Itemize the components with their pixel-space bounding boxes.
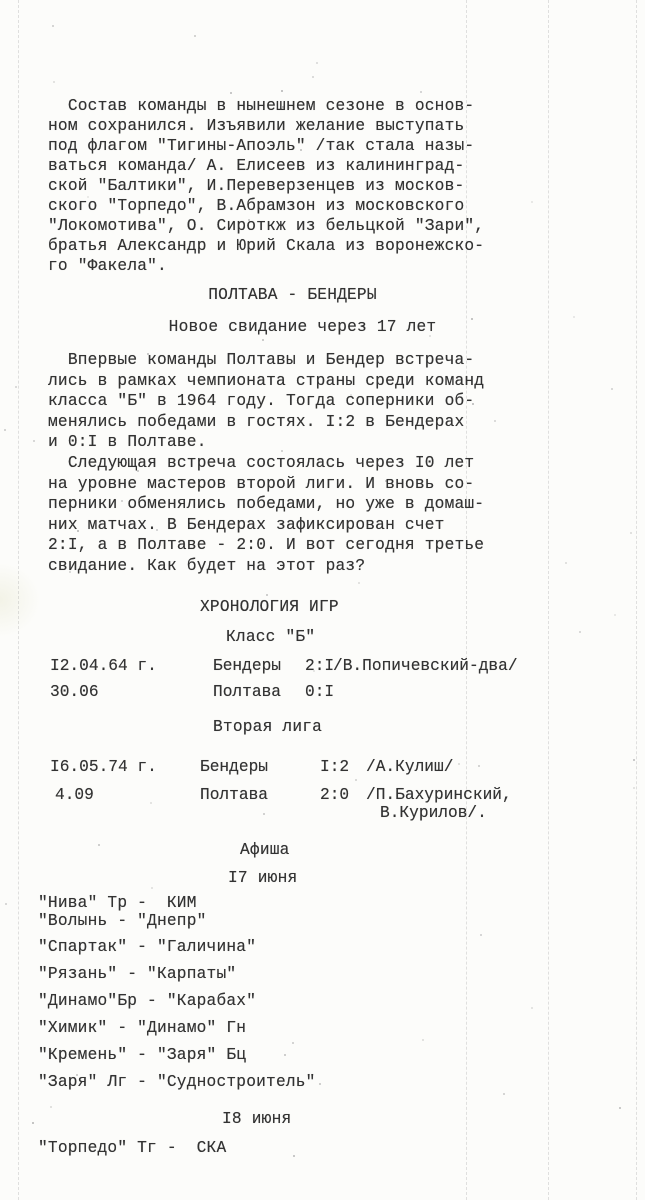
fixture: "Волынь - "Днепр" bbox=[38, 911, 207, 931]
paragraph-line: на уровне мастеров второй лиги. И вновь … bbox=[48, 474, 474, 494]
game-venue: Полтава bbox=[200, 785, 268, 805]
paragraph-line: Состав команды в нынешнем сезоне в основ… bbox=[48, 96, 474, 116]
match-heading: ПОЛТАВА - БЕНДЕРЫ bbox=[0, 285, 615, 305]
poster-day-date: I8 июня bbox=[222, 1109, 291, 1129]
paragraph-line: 2:I, а в Полтаве - 2:0. И вот сегодня тр… bbox=[48, 535, 484, 555]
game-venue: Полтава bbox=[213, 682, 281, 702]
paragraph-line: "Локомотива", О. Сироткж из бельцкой "За… bbox=[48, 216, 484, 236]
game-venue: Бендеры bbox=[200, 757, 268, 777]
paragraph-line: лись в рамках чемпионата страны среди ко… bbox=[48, 371, 484, 391]
fixture: "Нива" Тр - КИМ bbox=[38, 893, 197, 913]
fixture: "Химик" - "Динамо" Гн bbox=[38, 1018, 246, 1038]
paragraph-line: ской "Балтики", И.Переверзенцев из моско… bbox=[48, 176, 464, 196]
game-date: I2.04.64 г. bbox=[50, 656, 157, 676]
paragraph-line: них матчах. В Бендерах зафиксирован счет bbox=[48, 515, 445, 535]
game-score: 0:I bbox=[305, 682, 334, 702]
game-score: 2:I bbox=[305, 656, 334, 676]
fixture: "Торпедо" Тг - СКА bbox=[38, 1138, 226, 1158]
paragraph-line: го "Факела". bbox=[48, 256, 167, 276]
fixture: "Рязань" - "Карпаты" bbox=[38, 964, 236, 984]
document-page: Состав команды в нынешнем сезоне в основ… bbox=[0, 0, 645, 1200]
game-scorers: /П.Бахуринский, bbox=[366, 785, 512, 805]
paragraph-line: ном сохранился. Изъявили желание выступа… bbox=[48, 116, 464, 136]
game-venue: Бендеры bbox=[213, 656, 281, 676]
paragraph-line: ского "Торпедо", В.Абрамзон из московско… bbox=[48, 196, 464, 216]
paragraph-line: класса "Б" в 1964 году. Тогда соперники … bbox=[48, 391, 474, 411]
chronology-section-label: Вторая лига bbox=[213, 717, 322, 737]
margin-guide-line bbox=[636, 0, 637, 1200]
game-score: 2:0 bbox=[320, 785, 349, 805]
poster-day-date: I7 июня bbox=[228, 868, 297, 888]
paragraph-line: перники обменялись победами, но уже в до… bbox=[48, 494, 484, 514]
paragraph-line: свидание. Как будет на этот раз? bbox=[48, 556, 365, 576]
game-date: 30.06 bbox=[50, 682, 99, 702]
paragraph-line: Следующая встреча состоялась через I0 ле… bbox=[48, 453, 474, 473]
game-date: 4.09 bbox=[55, 785, 94, 805]
margin-guide-line bbox=[466, 0, 467, 1200]
game-scorers: /А.Кулиш/ bbox=[366, 757, 453, 777]
match-subheading: Новое свидание через 17 лет bbox=[0, 317, 625, 337]
margin-guide-line bbox=[18, 0, 19, 1200]
fixture: "Динамо"Бр - "Карабах" bbox=[38, 991, 256, 1011]
fixture: "Спартак" - "Галичина" bbox=[38, 937, 256, 957]
chronology-section-label: Класс "Б" bbox=[226, 627, 315, 647]
fixture: "Заря" Лг - "Судностроитель" bbox=[38, 1072, 316, 1092]
game-scorers-continued: В.Курилов/. bbox=[380, 803, 487, 823]
fixture: "Кремень" - "Заря" Бц bbox=[38, 1045, 246, 1065]
game-date: I6.05.74 г. bbox=[50, 757, 157, 777]
paragraph-line: Впервые команды Полтавы и Бендер встреча… bbox=[48, 350, 474, 370]
margin-guide-line bbox=[548, 0, 549, 1200]
paragraph-line: менялись победами в гостях. I:2 в Бендер… bbox=[48, 412, 464, 432]
game-scorers: /В.Попичевский-два/ bbox=[333, 656, 518, 676]
poster-title: Афиша bbox=[240, 840, 290, 860]
chronology-title: ХРОНОЛОГИЯ ИГР bbox=[200, 597, 339, 617]
paragraph-line: и 0:I в Полтаве. bbox=[48, 432, 207, 452]
paragraph-line: братья Александр и Юрий Скала из воронеж… bbox=[48, 236, 484, 256]
game-score: I:2 bbox=[320, 757, 349, 777]
paragraph-line: под флагом "Тигины-Апоэль" /так стала на… bbox=[48, 136, 474, 156]
paragraph-line: ваться команда/ А. Елисеев из калинингра… bbox=[48, 156, 464, 176]
